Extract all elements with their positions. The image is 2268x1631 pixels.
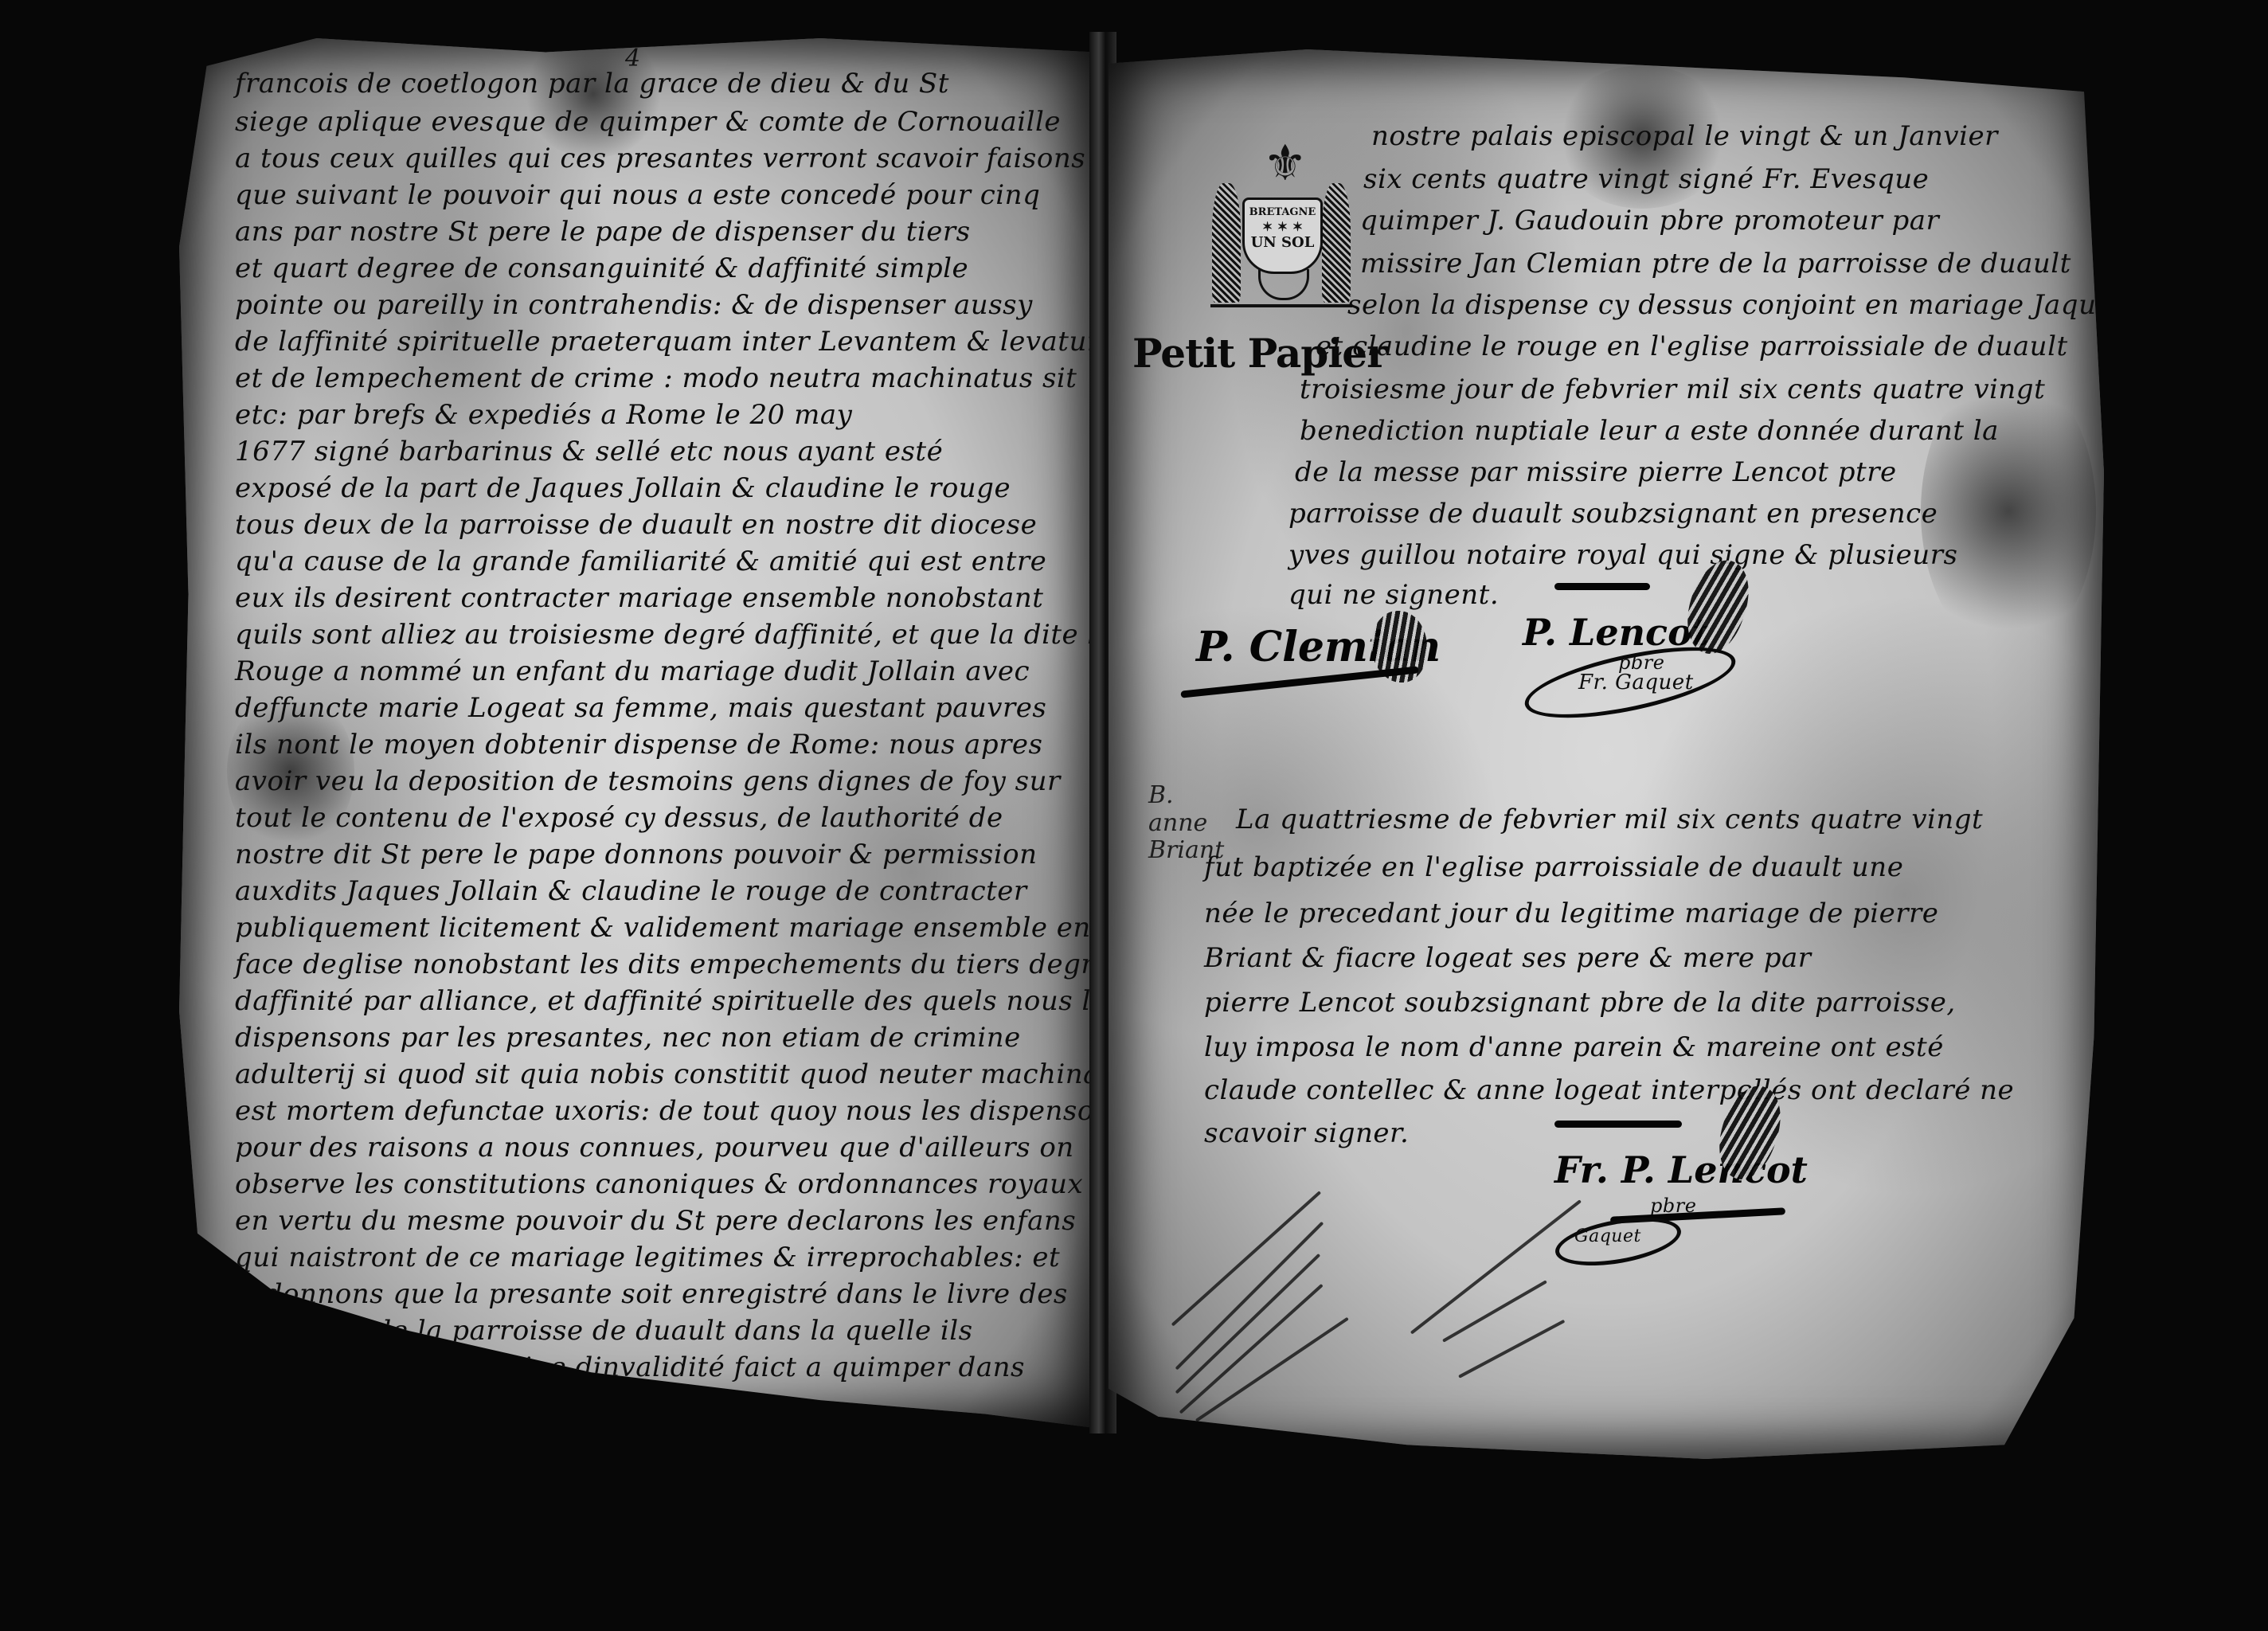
signature-gaquet: Fr. Gaquet bbox=[1578, 672, 1694, 693]
text-line: avoir veu la deposition de tesmoins gens… bbox=[235, 768, 1061, 795]
text-line: est mortem defunctae uxoris: de tout quo… bbox=[235, 1097, 1126, 1124]
text-line: exposé de la part de Jaques Jollain & cl… bbox=[235, 475, 1011, 502]
text-line: et de lempechement de crime : modo neutr… bbox=[235, 365, 1077, 392]
diagonal-stroke bbox=[1410, 1199, 1582, 1334]
scales-icon bbox=[1258, 269, 1309, 300]
text-line: claude contellec & anne logeat interpell… bbox=[1204, 1077, 2014, 1104]
text-line: observe les constitutions canoniques & o… bbox=[235, 1171, 1116, 1198]
diagonal-stroke bbox=[1442, 1280, 1547, 1342]
text-line: pierre Lencot soubzsignant pbre de la di… bbox=[1204, 989, 1956, 1016]
text-line: tout le contenu de l'exposé cy dessus, d… bbox=[235, 804, 1003, 831]
ink-stain bbox=[1921, 368, 2096, 655]
text-line: espouseront sous peine dinvalidité faict… bbox=[235, 1354, 1025, 1381]
text-line: selon la dispense cy dessus conjoint en … bbox=[1347, 291, 2127, 319]
text-line: eux ils desirent contracter mariage ense… bbox=[235, 585, 1043, 612]
text-line: adulterij si quod sit quia nobis constit… bbox=[235, 1061, 1143, 1088]
diagonal-stroke bbox=[1175, 1254, 1321, 1394]
text-line: née le precedant jour du legitime mariag… bbox=[1204, 900, 1938, 927]
text-line: La quattriesme de febvrier mil six cents… bbox=[1236, 806, 1983, 833]
text-line: 1677 signé barbarinus & sellé etc nous a… bbox=[235, 438, 943, 465]
text-line: fut baptizée en l'eglise parroissiale de… bbox=[1204, 854, 1903, 881]
text-line: Briant & fiacre logeat ses pere & mere p… bbox=[1204, 945, 1812, 972]
text-line: luy imposa le nom d'anne parein & marein… bbox=[1204, 1034, 1944, 1061]
text-line: qui naistront de ce mariage legitimes & … bbox=[235, 1244, 1060, 1271]
text-line: quimper J. Gaudouin pbre promoteur par bbox=[1360, 207, 1939, 234]
text-line: de la messe par missire pierre Lencot pt… bbox=[1295, 459, 1897, 486]
text-line: pointe ou pareilly in contrahendis: & de… bbox=[235, 291, 1033, 319]
ermine-icon: ✶ ✶ ✶ bbox=[1245, 219, 1320, 234]
stamp-bottom-text: UN SOL bbox=[1245, 234, 1320, 252]
text-line: etc: par brefs & expediés a Rome le 20 m… bbox=[235, 401, 852, 428]
text-line: tous deux de la parroisse de duault en n… bbox=[235, 511, 1037, 538]
text-line: et claudine le rouge en l'eglise parrois… bbox=[1316, 333, 2068, 360]
diagonal-stroke bbox=[1458, 1320, 1565, 1379]
text-line: nostre dit St pere le pape donnons pouvo… bbox=[235, 841, 1038, 868]
stamp-top-text: BRETAGNE bbox=[1245, 206, 1320, 219]
text-line: missire Jan Clemian ptre de la parroisse… bbox=[1360, 250, 2071, 277]
text-line: ils nont le moyen dobtenir dispense de R… bbox=[235, 731, 1042, 758]
text-line: qu'a cause de la grande familiarité & am… bbox=[235, 548, 1046, 575]
fleur-de-lis-icon: ⚜ bbox=[1263, 139, 1298, 194]
text-line: que suivant le pouvoir qui nous a este c… bbox=[235, 182, 1040, 209]
margin-note-line: B. bbox=[1148, 782, 1224, 810]
text-line: de laffinité spirituelle praeterquam int… bbox=[235, 328, 1113, 355]
text-line: dispensons par les presantes, nec non et… bbox=[235, 1024, 1021, 1051]
text-line: et quart degree de consanguinité & daffi… bbox=[235, 255, 968, 282]
text-line: publiquement licitement & validement mar… bbox=[235, 914, 1091, 941]
text-line: siege aplique evesque de quimper & comte… bbox=[235, 108, 1061, 135]
angel-figure-right-icon bbox=[1322, 183, 1351, 303]
text-line: six cents quatre vingt signé Fr. Evesque bbox=[1363, 166, 1929, 193]
signature-rule bbox=[1554, 1121, 1682, 1128]
right-page: ⚜ BRETAGNE ✶ ✶ ✶ UN SOL Petit Papier nos… bbox=[1109, 49, 2104, 1459]
text-line: quils sont alliez au troisiesme degré da… bbox=[235, 621, 1112, 648]
angel-figure-left-icon bbox=[1212, 183, 1241, 303]
stamp-shield: BRETAGNE ✶ ✶ ✶ UN SOL bbox=[1242, 198, 1323, 274]
text-line: troisiesme jour de febvrier mil six cent… bbox=[1300, 376, 2045, 403]
text-line: ordonnons que la presante soit enregistr… bbox=[235, 1281, 1068, 1308]
text-line: face deglise nonobstant les dits empeche… bbox=[235, 951, 1111, 978]
text-line: scavoir signer. bbox=[1204, 1120, 1409, 1147]
text-line: deffuncte marie Logeat sa femme, mais qu… bbox=[235, 694, 1046, 722]
text-line: mariages de la parroisse de duault dans … bbox=[235, 1317, 973, 1344]
margin-note-line: anne bbox=[1148, 810, 1224, 838]
text-line: daffinité par alliance, et daffinité spi… bbox=[235, 988, 1122, 1015]
text-line: Rouge a nommé un enfant du mariage dudit… bbox=[235, 658, 1030, 685]
text-line: ans par nostre St pere le pape de dispen… bbox=[235, 218, 971, 245]
text-line: qui ne signent. bbox=[1288, 581, 1499, 608]
text-line: a tous ceux quilles qui ces presantes ve… bbox=[235, 145, 1085, 172]
diagonal-stroke bbox=[1195, 1317, 1349, 1422]
text-line: parroisse de duault soubzsignant en pres… bbox=[1288, 500, 1938, 527]
signature-rule bbox=[1554, 583, 1650, 590]
text-line: pour des raisons a nous connues, pourveu… bbox=[235, 1134, 1074, 1161]
text-line: yves guillou notaire royal qui signe & p… bbox=[1288, 542, 1957, 569]
text-line: en vertu du mesme pouvoir du St pere dec… bbox=[235, 1207, 1076, 1234]
left-page: 4 francois de coetlogon par la grace de … bbox=[179, 38, 1095, 1428]
signature-gaquet: Gaquet bbox=[1574, 1228, 1641, 1246]
text-line: nostre palais episcopal le vingt & un Ja… bbox=[1371, 123, 1998, 150]
text-line: francois de coetlogon par la grace de di… bbox=[235, 70, 949, 97]
text-line: auxdits Jaques Jollain & claudine le rou… bbox=[235, 878, 1027, 905]
text-line: benediction nuptiale leur a este donnée … bbox=[1300, 417, 1999, 444]
tax-stamp: ⚜ BRETAGNE ✶ ✶ ✶ UN SOL bbox=[1210, 135, 1352, 307]
